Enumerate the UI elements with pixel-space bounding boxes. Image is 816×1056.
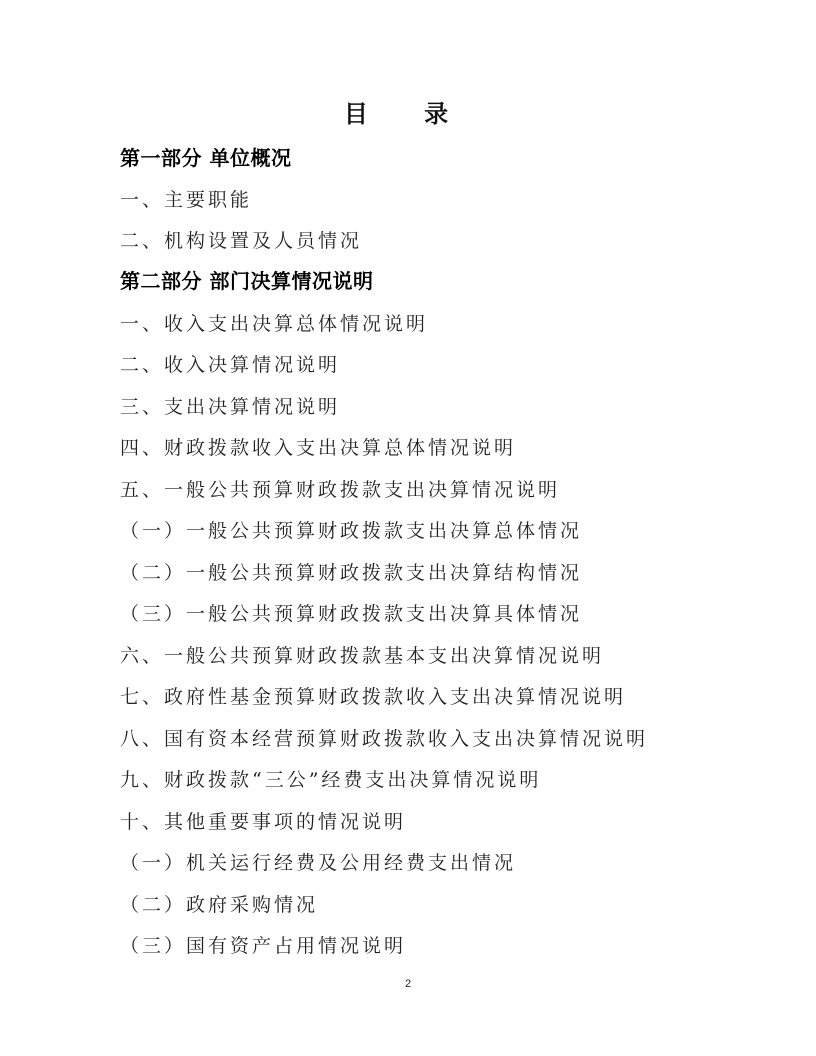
toc-item: 五、一般公共预算财政拨款支出决算情况说明: [120, 478, 560, 502]
toc-title: 目 录: [0, 94, 816, 129]
toc-item: 九、财政拨款“三公”经费支出决算情况说明: [120, 768, 541, 792]
toc-item: 八、国有资本经营预算财政拨款收入支出决算情况说明: [120, 727, 648, 751]
toc-subitem: （二）政府采购情况: [120, 893, 318, 917]
toc-part-heading: 第一部分 单位概况: [120, 146, 291, 170]
toc-item: 一、主要职能: [120, 188, 252, 212]
toc-item: 六、一般公共预算财政拨款基本支出决算情况说明: [120, 644, 604, 668]
toc-part-heading: 第二部分 部门决算情况说明: [120, 269, 373, 293]
toc-subitem: （三）国有资产占用情况说明: [120, 934, 406, 958]
toc-item: 二、收入决算情况说明: [120, 353, 340, 377]
toc-subitem: （一）一般公共预算财政拨款支出决算总体情况: [120, 519, 582, 543]
page-number: 2: [0, 978, 816, 990]
toc-subitem: （二）一般公共预算财政拨款支出决算结构情况: [120, 561, 582, 585]
toc-subitem: （一）机关运行经费及公用经费支出情况: [120, 851, 516, 875]
toc-subitem: （三）一般公共预算财政拨款支出决算具体情况: [120, 602, 582, 626]
toc-item: 一、收入支出决算总体情况说明: [120, 312, 428, 336]
toc-item: 四、财政拨款收入支出决算总体情况说明: [120, 436, 516, 460]
toc-item: 三、支出决算情况说明: [120, 395, 340, 419]
toc-item: 七、政府性基金预算财政拨款收入支出决算情况说明: [120, 685, 626, 709]
toc-item: 十、其他重要事项的情况说明: [120, 810, 406, 834]
toc-item: 二、机构设置及人员情况: [120, 229, 362, 253]
